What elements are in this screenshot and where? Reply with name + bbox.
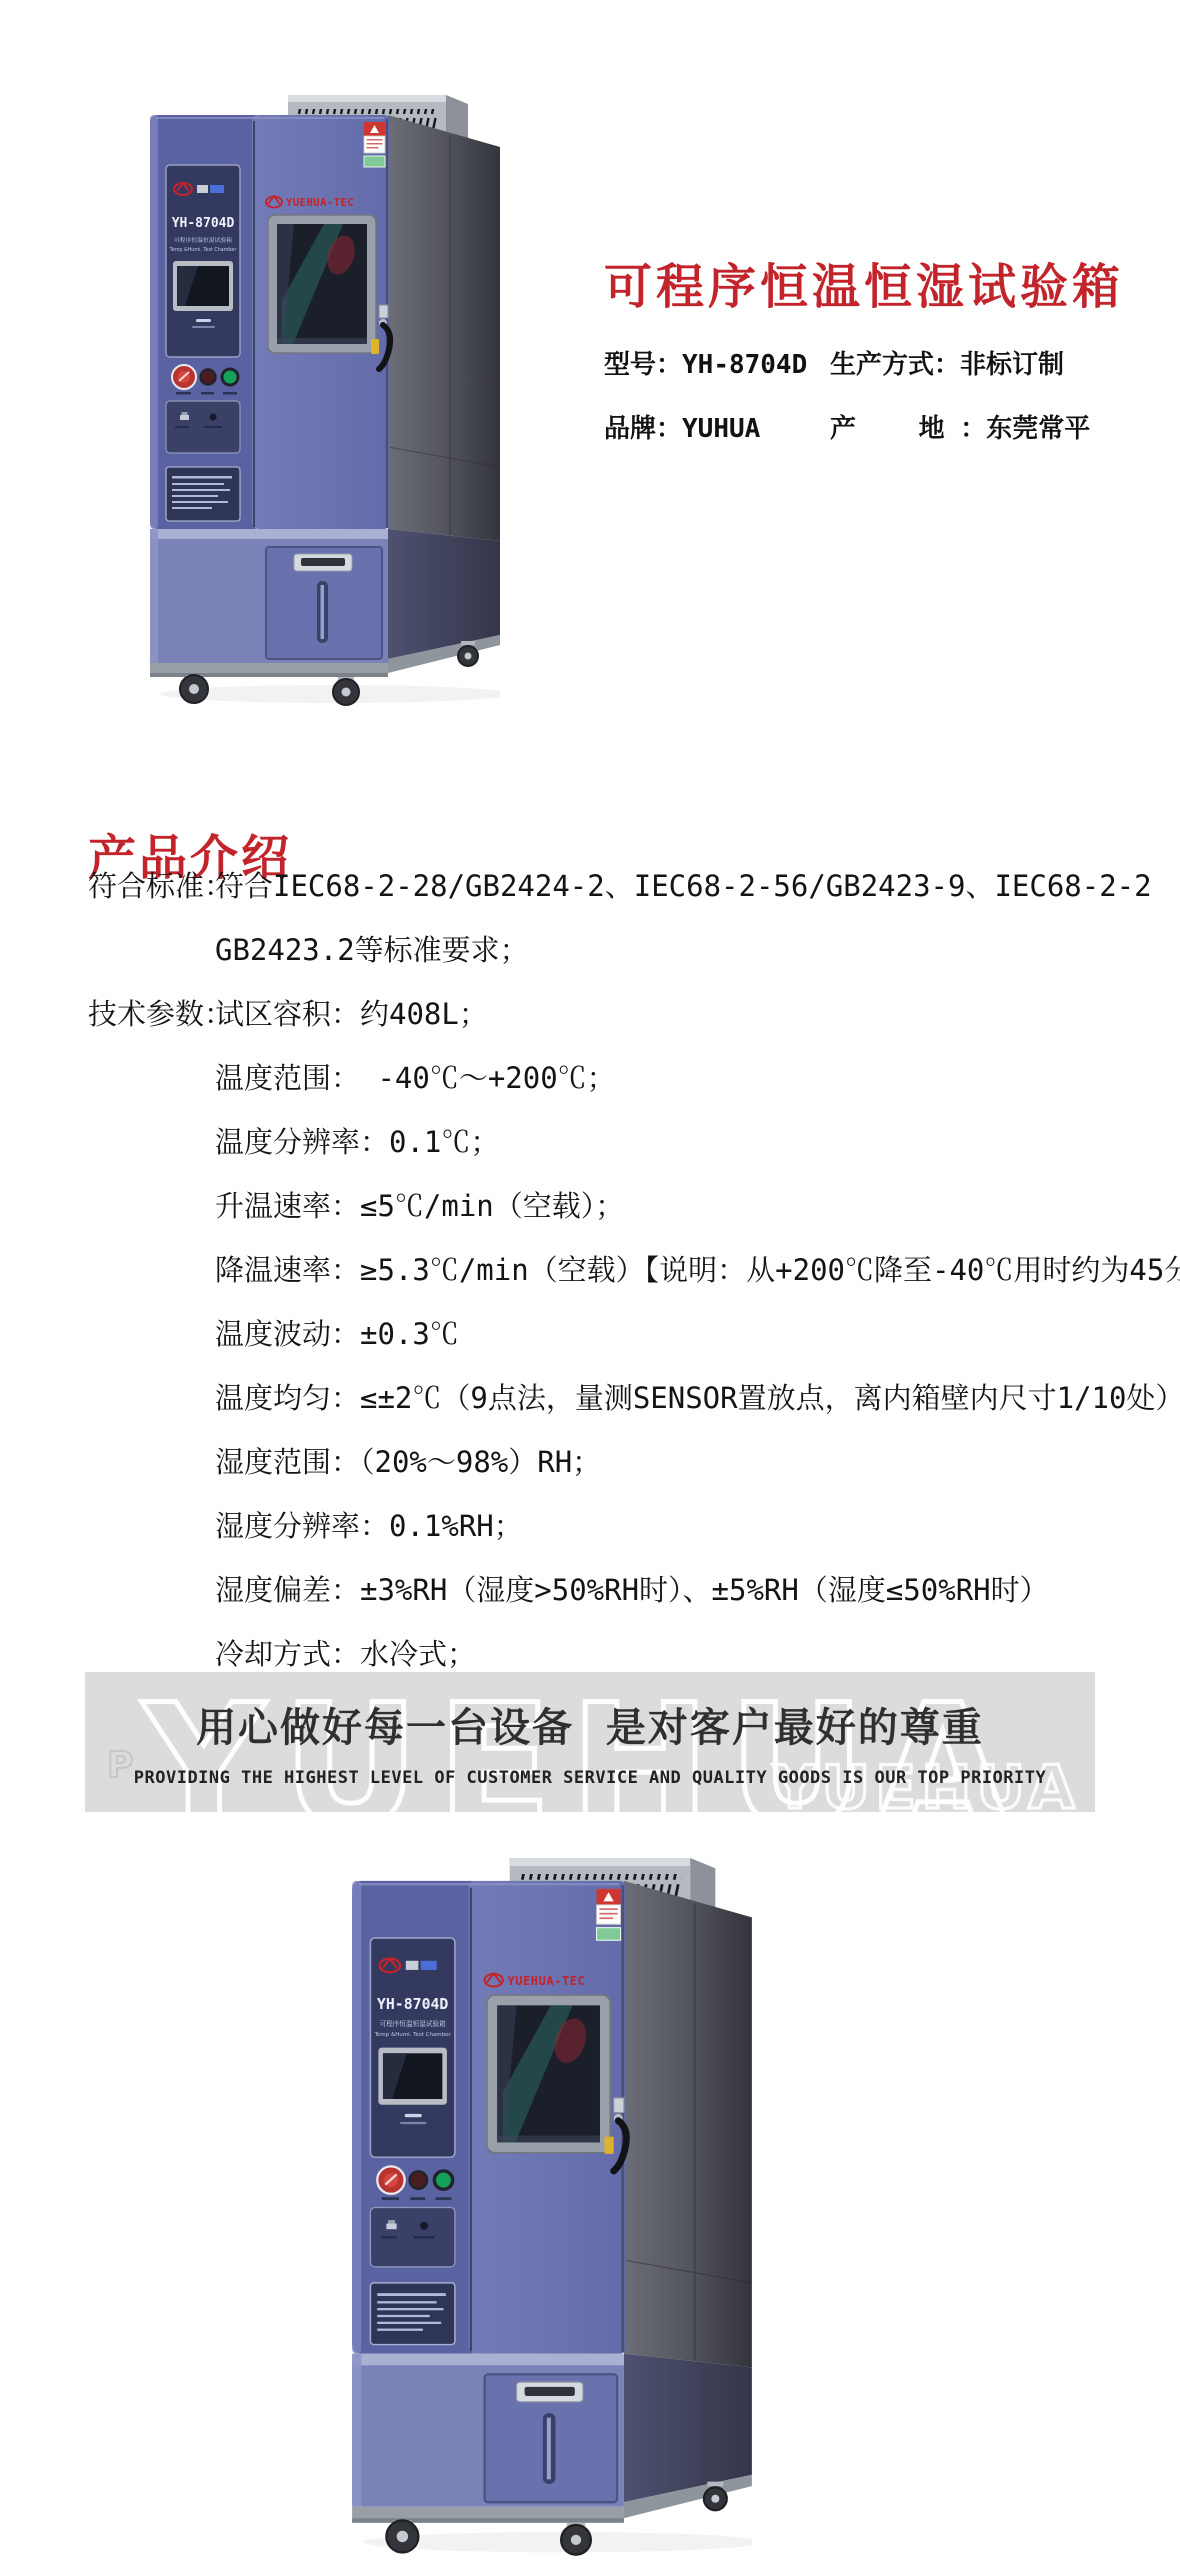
spec-row: 降温速率：≥5.3℃/min（空载）【说明：从+200℃降至-40℃用时约为45… [88, 1254, 1173, 1318]
spec-row: 温度波动：±0.3℃ [88, 1318, 1173, 1382]
spec-text: 降温速率：≥5.3℃/min（空载）【说明：从+200℃降至-40℃用时约为45… [215, 1254, 1180, 1286]
product-detail-page: YH-8704D 可程序恒温恒湿试验箱 Temp &Humi. Test Cha… [0, 0, 1180, 2573]
field-model: 型号：YH-8704D [604, 344, 807, 381]
spec-row: 符合标准：符合IEC68-2-28/GB2424-2、IEC68-2-56/GB… [88, 870, 1173, 934]
field-production-mode: 生产方式：非标订制 [830, 344, 1064, 381]
field-value: 东莞常平 [986, 414, 1090, 444]
field-brand: 品牌：YUHUA [604, 408, 760, 445]
promo-banner: P YUEHUA YUEHUA 用心做好每一台设备 是对客户最好的尊重 PROV… [85, 1672, 1095, 1812]
spec-row: 湿度范围：（20%～98%）RH； [88, 1446, 1173, 1510]
product-photo-top [150, 95, 500, 707]
spec-text: 符合IEC68-2-28/GB2424-2、IEC68-2-56/GB2423-… [215, 870, 1173, 902]
spec-list: 符合标准：符合IEC68-2-28/GB2424-2、IEC68-2-56/GB… [88, 870, 1173, 1702]
spec-text: 温度波动：±0.3℃ [215, 1318, 1173, 1350]
field-label: 品牌： [604, 414, 682, 444]
field-value: YUHUA [682, 414, 760, 444]
spec-row: 温度范围： -40℃～+200℃； [88, 1062, 1173, 1126]
field-label: 产 地 ： [830, 414, 986, 444]
spec-row: 湿度分辨率：0.1%RH； [88, 1510, 1173, 1574]
spec-row: 湿度偏差：±3%RH（湿度>50%RH时）、±5%RH（湿度≤50%RH时） [88, 1574, 1173, 1638]
spec-row: 温度均匀：≤±2℃（9点法，量测SENSOR置放点，离内箱壁内尺寸1/10处） [88, 1382, 1173, 1446]
field-label: 生产方式： [830, 350, 960, 380]
spec-text: 温度均匀：≤±2℃（9点法，量测SENSOR置放点，离内箱壁内尺寸1/10处） [215, 1382, 1180, 1414]
field-label: 型号： [604, 350, 682, 380]
spec-text: 湿度范围：（20%～98%）RH； [215, 1446, 1173, 1478]
field-value: YH-8704D [682, 350, 807, 380]
product-photo-bottom [352, 1858, 752, 2557]
banner-slogan-zh: 用心做好每一台设备 是对客户最好的尊重 [85, 1708, 1095, 1748]
spec-row: 温度分辨率：0.1℃； [88, 1126, 1173, 1190]
spec-row: 升温速率：≤5℃/min（空载）； [88, 1190, 1173, 1254]
spec-text: GB2423.2等标准要求； [215, 934, 1173, 966]
spec-text: 冷却方式：水冷式； [215, 1638, 1173, 1670]
spec-text: 升温速率：≤5℃/min（空载）； [215, 1190, 1173, 1222]
spec-text: 湿度偏差：±3%RH（湿度>50%RH时）、±5%RH（湿度≤50%RH时） [215, 1574, 1173, 1606]
spec-label: 技术参数： [88, 998, 215, 1030]
spec-label: 符合标准： [88, 870, 215, 902]
spec-text: 温度分辨率：0.1℃； [215, 1126, 1173, 1158]
field-value: 非标订制 [960, 350, 1064, 380]
spec-row: GB2423.2等标准要求； [88, 934, 1173, 998]
spec-text: 试区容积：约408L； [215, 998, 1173, 1030]
spec-text: 湿度分辨率：0.1%RH； [215, 1510, 1173, 1542]
field-origin: 产 地 ：东莞常平 [830, 408, 1090, 445]
spec-text: 温度范围： -40℃～+200℃； [215, 1062, 1173, 1094]
banner-slogan-en: PROVIDING THE HIGHEST LEVEL OF CUSTOMER … [85, 1770, 1095, 1787]
page-title: 可程序恒温恒湿试验箱 [604, 262, 1124, 315]
spec-row: 技术参数：试区容积：约408L； [88, 998, 1173, 1062]
